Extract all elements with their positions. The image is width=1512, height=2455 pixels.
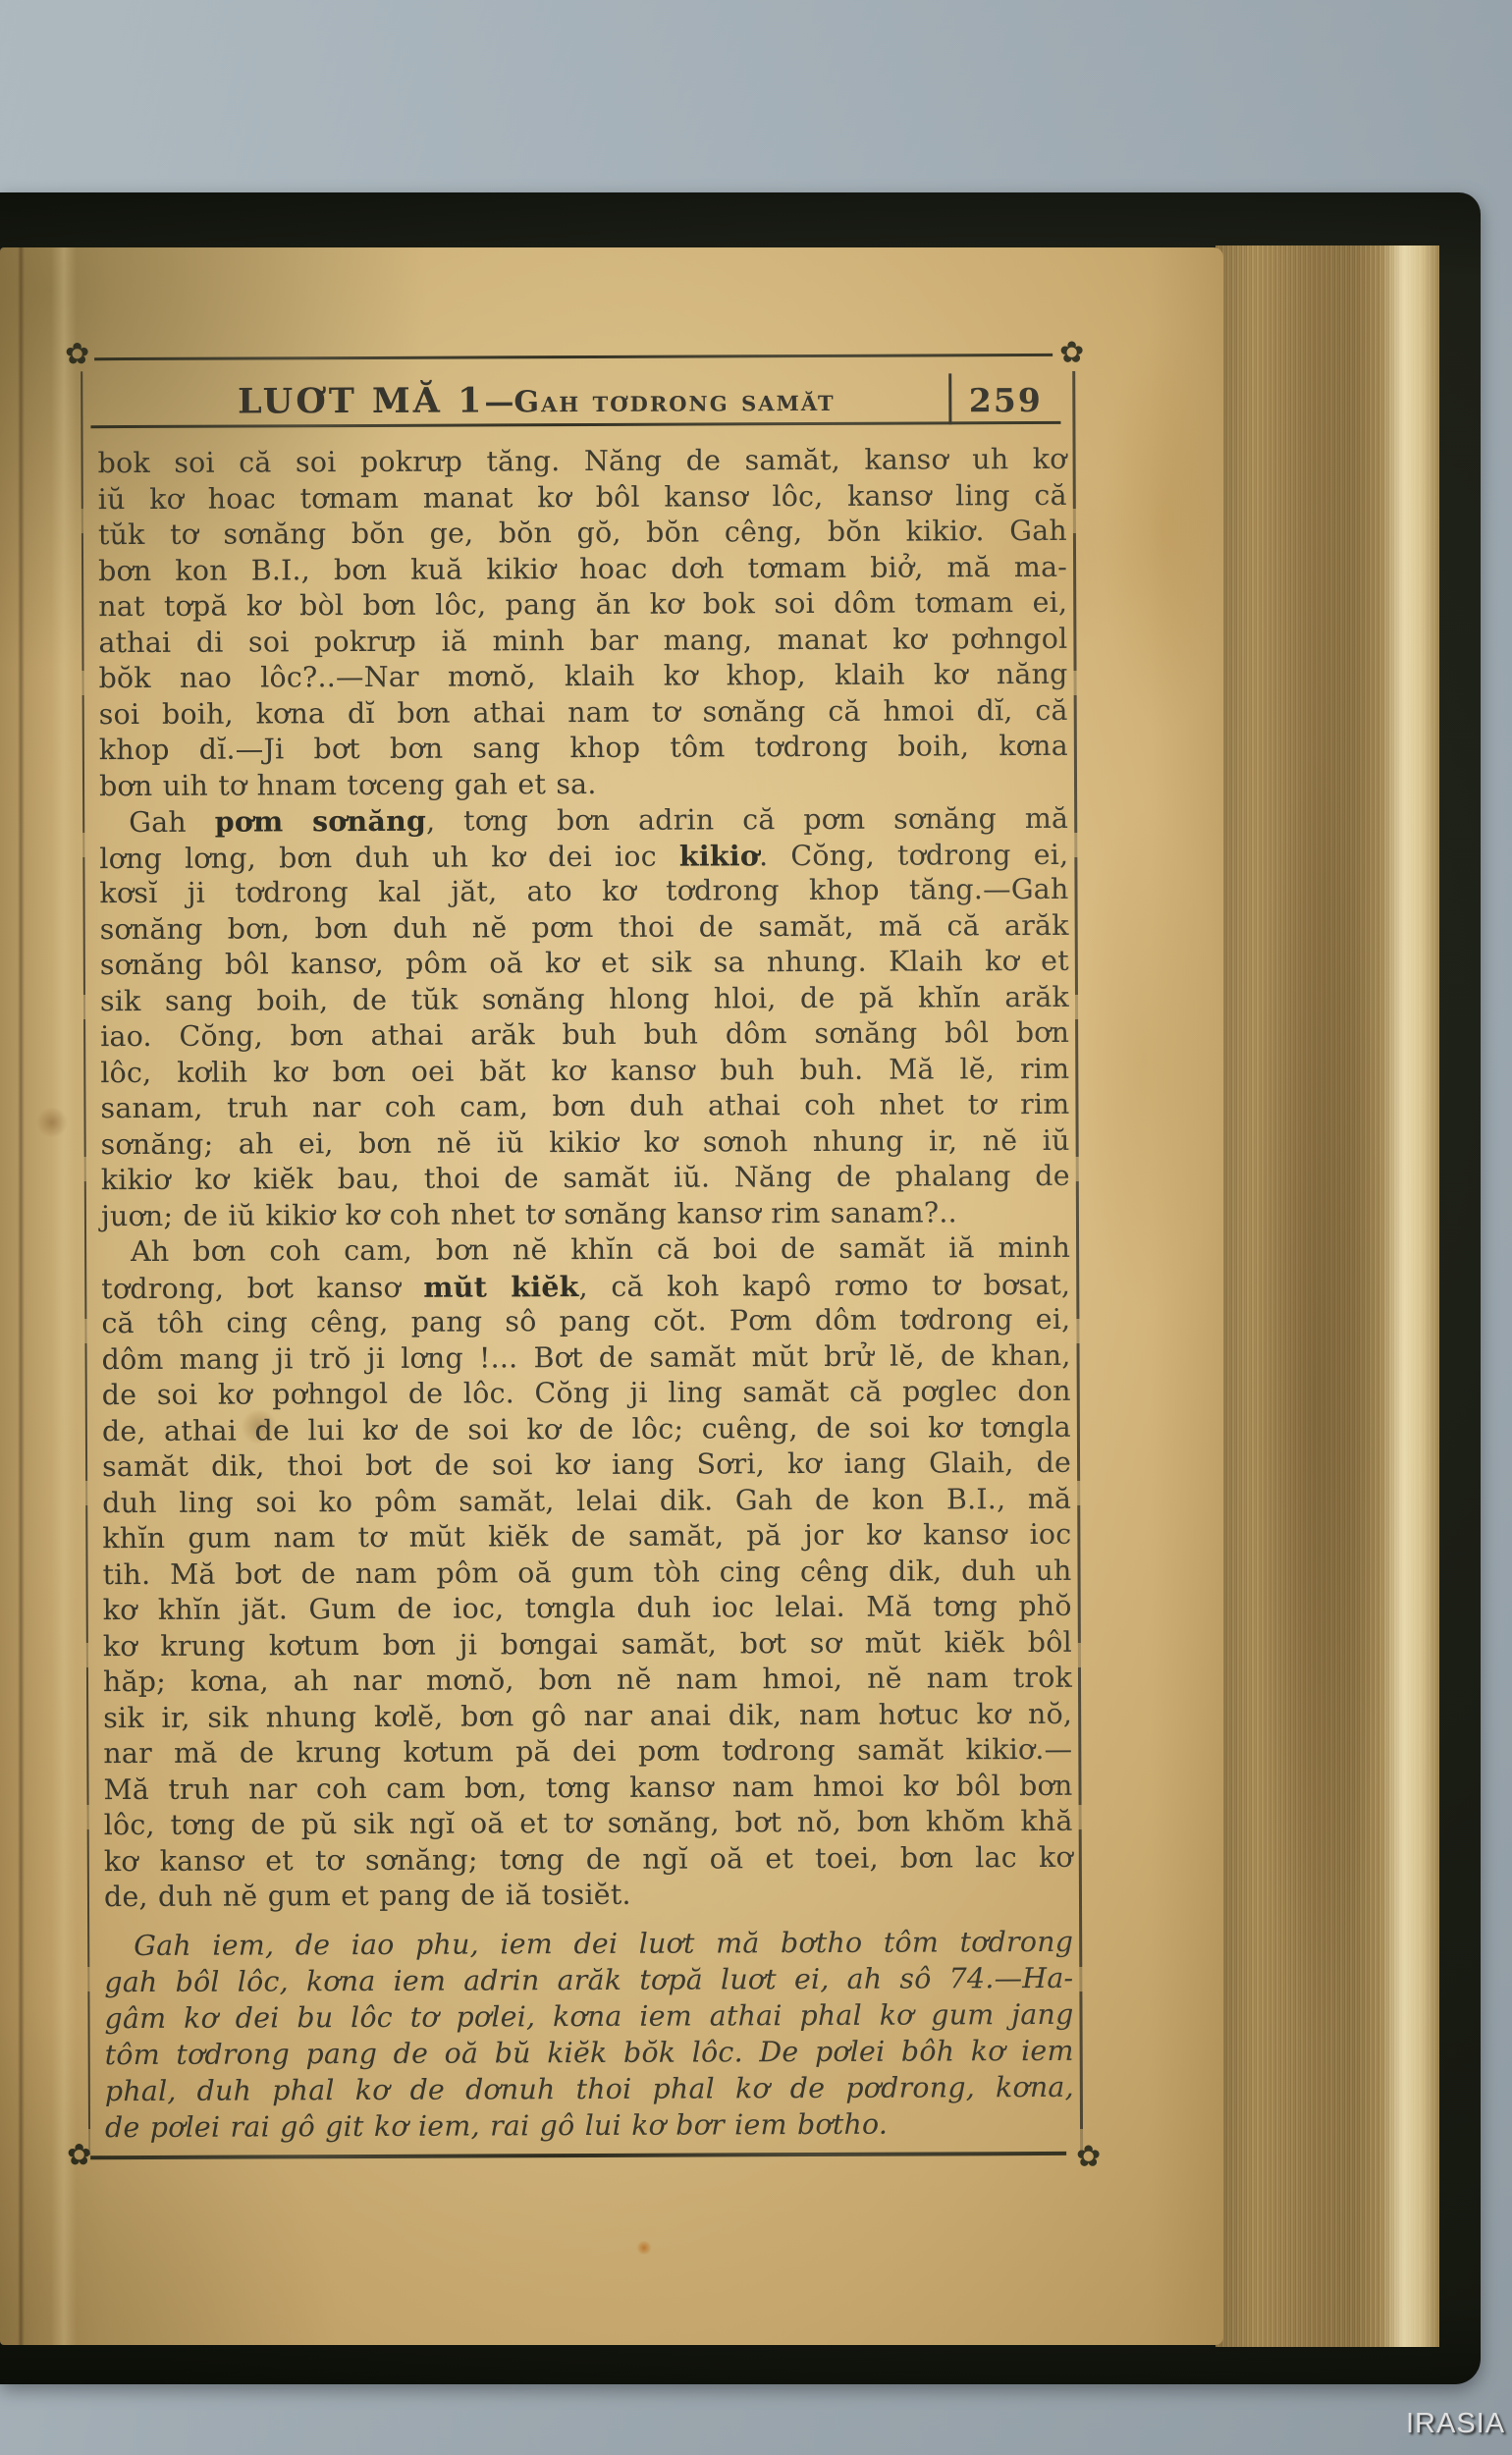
text-line: tih. Mă bơt de nam pôm oă gum tòh cing c… bbox=[102, 1553, 1071, 1593]
text-line: khop dĭ.—Ji bơt bơn sang khop tôm tơdron… bbox=[99, 729, 1068, 769]
text-line: nat tơpă kơ bòl bơn lôc, pang ăn kơ bok … bbox=[98, 585, 1067, 626]
text-line: tŭk tơ sơnăng bŏn ge, bŏn gŏ, bŏn cêng, … bbox=[98, 514, 1067, 554]
text-line: că tôh cing cêng, pang sô pang cŏt. Pơm … bbox=[101, 1302, 1070, 1342]
text-line: samăt dik, thoi bơt de soi kơ iang Sơri,… bbox=[102, 1446, 1071, 1486]
text-line: sanam, truh nar coh cam, bơn duh athai c… bbox=[100, 1087, 1069, 1127]
text-line: khĭn gum nam tơ mŭt kiĕk de samăt, pă jo… bbox=[102, 1517, 1071, 1557]
text-line: sik sang boih, de tŭk sơnăng hlong hloi,… bbox=[100, 979, 1069, 1019]
text-line: bok soi că soi pokrưp tăng. Năng de samă… bbox=[98, 442, 1067, 482]
text-line: kơsĭ ji tơdrong kal jăt, ato kơ tơdrong … bbox=[99, 872, 1068, 912]
text-line: Gah pơm sơnăng, tơng bơn adrin că pơm sơ… bbox=[99, 800, 1068, 841]
text-line: iao. Cŏng, bơn athai arăk buh buh dôm sơ… bbox=[100, 1015, 1069, 1056]
text-line: bơn uih tơ hnam tơceng gah et sa. bbox=[99, 764, 1068, 804]
text-line: de, athai de lui kơ de soi kơ de lôc; cu… bbox=[102, 1409, 1071, 1449]
text-line: gah bôl lôc, kơna iem adrin arăk tơpă lu… bbox=[104, 1959, 1073, 1999]
text-line: sik ir, sik nhung kơlĕ, bơn gô nar anai … bbox=[103, 1696, 1072, 1736]
running-head: LUƠT MĂ 1—Gah tơdrong samăt bbox=[143, 372, 929, 428]
text-line: lôc, kơlih kơ bơn oei băt kơ kansơ buh b… bbox=[100, 1051, 1069, 1091]
page-number: 259 bbox=[946, 377, 1064, 427]
text-line: hăp; kơna, ah nar mơnŏ, bơn nĕ nam hmoi,… bbox=[103, 1661, 1072, 1701]
text-line: de, duh nĕ gum et pang de iă tosiĕt. bbox=[104, 1876, 1073, 1916]
text-line: lơng lơng, bơn duh uh kơ dei ioc kikiơ. … bbox=[99, 836, 1068, 876]
text-line: bŏk nao lôc?..—Nar mơnŏ, klaih kơ khop, … bbox=[98, 657, 1067, 697]
paragraph: Gah pơm sơnăng, tơng bơn adrin că pơm sơ… bbox=[99, 800, 1070, 1234]
text-line: soi boih, kơna dĭ bơn athai nam tơ sơnăn… bbox=[99, 692, 1068, 733]
text-line: Gah iem, de iao phu, iem dei luơt mă bơt… bbox=[104, 1923, 1073, 1963]
scanner-watermark: IRASIA bbox=[1406, 2408, 1505, 2440]
running-head-dash: — bbox=[484, 385, 513, 419]
text-line: sơnăng bơn, bơn duh nĕ pơm thoi de samăt… bbox=[100, 907, 1069, 948]
text-line: de soi kơ pơhngol de lôc. Cŏng ji ling s… bbox=[102, 1374, 1071, 1414]
text-line: kikiơ kơ kiĕk bau, thoi de samăt iŭ. Năn… bbox=[101, 1159, 1070, 1199]
printed-layer: ✿ ✿ ✿ ✿ LUƠT MĂ 1—Gah tơdrong samăt 259 … bbox=[0, 0, 1512, 2455]
paragraph: bok soi că soi pokrưp tăng. Năng de samă… bbox=[98, 442, 1069, 804]
scanned-book-page: ✿ ✿ ✿ ✿ LUƠT MĂ 1—Gah tơdrong samăt 259 … bbox=[0, 0, 1512, 2455]
corner-flower-ornament: ✿ bbox=[1059, 339, 1084, 368]
footer-rule bbox=[90, 2152, 1066, 2159]
text-line: kơ krung kơtum bơn ji bơngai samăt, bơt … bbox=[103, 1624, 1072, 1664]
text-line: gâm kơ dei bu lôc tơ pơlei, kơna iem ath… bbox=[104, 1995, 1073, 2036]
text-line: de pơlei rai gô git kơ iem, rai gô lui k… bbox=[105, 2104, 1074, 2145]
paragraph: Gah iem, de iao phu, iem dei luơt mă bơt… bbox=[104, 1923, 1074, 2145]
text-line: juơn; de iŭ kikiơ kơ coh nhet tơ sơnăng … bbox=[101, 1194, 1070, 1234]
corner-flower-ornament: ✿ bbox=[65, 340, 89, 369]
text-line: kơ khĭn jăt. Gum de ioc, tơngla duh ioc … bbox=[103, 1589, 1072, 1629]
body-text-block: bok soi că soi pokrưp tăng. Năng de samă… bbox=[98, 442, 1075, 2146]
text-line: sơnăng bôl kansơ, pôm oă kơ et sik sa nh… bbox=[100, 944, 1069, 984]
text-line: athai di soi pokrưp iă minh bar mang, ma… bbox=[98, 621, 1067, 661]
text-line: Mă truh nar coh cam bơn, tơng kansơ nam … bbox=[103, 1768, 1072, 1808]
paragraph: Ah bơn coh cam, bơn nĕ khĭn că boi de sa… bbox=[101, 1230, 1073, 1916]
right-border-rule bbox=[1072, 371, 1083, 2153]
left-border-rule bbox=[81, 371, 90, 2155]
text-line: lôc, tơng de pŭ sik ngĭ oă et tơ sơnăng,… bbox=[104, 1804, 1073, 1844]
text-line: phal, duh phal kơ de dơnuh thoi phal kơ … bbox=[105, 2068, 1074, 2108]
text-line: bơn kon B.I., bơn kuă kikiơ hoac dơh tơm… bbox=[98, 549, 1067, 589]
text-line: Ah bơn coh cam, bơn nĕ khĭn că boi de sa… bbox=[101, 1230, 1070, 1271]
text-line: duh ling soi ko pôm samăt, lelai dik. Ga… bbox=[102, 1481, 1071, 1521]
text-line: iŭ kơ hoac tơmam manat kơ bôl kansơ lôc,… bbox=[98, 477, 1067, 518]
header-top-rule bbox=[94, 354, 1053, 360]
text-line: tôm tơdrong pang de oă bŭ kiĕk bŏk lôc. … bbox=[105, 2032, 1074, 2072]
text-line: sơnăng; ah ei, bơn nĕ iŭ kikiơ kơ sơnoh … bbox=[101, 1122, 1070, 1163]
text-line: nar mă de krung kơtum pă dei pơm tơdrong… bbox=[103, 1732, 1072, 1773]
text-line: tơdrong, bơt kansơ mŭt kiĕk, că koh kapô… bbox=[101, 1266, 1070, 1306]
running-head-main: LUƠT MĂ 1 bbox=[238, 380, 485, 421]
text-line: dôm mang ji trŏ ji lơng !... Bơt de samă… bbox=[102, 1337, 1071, 1378]
text-line: kơ kansơ et tơ sơnăng; tơng de ngĭ oă et… bbox=[104, 1839, 1073, 1880]
running-head-sub: Gah tơdrong samăt bbox=[513, 384, 835, 419]
